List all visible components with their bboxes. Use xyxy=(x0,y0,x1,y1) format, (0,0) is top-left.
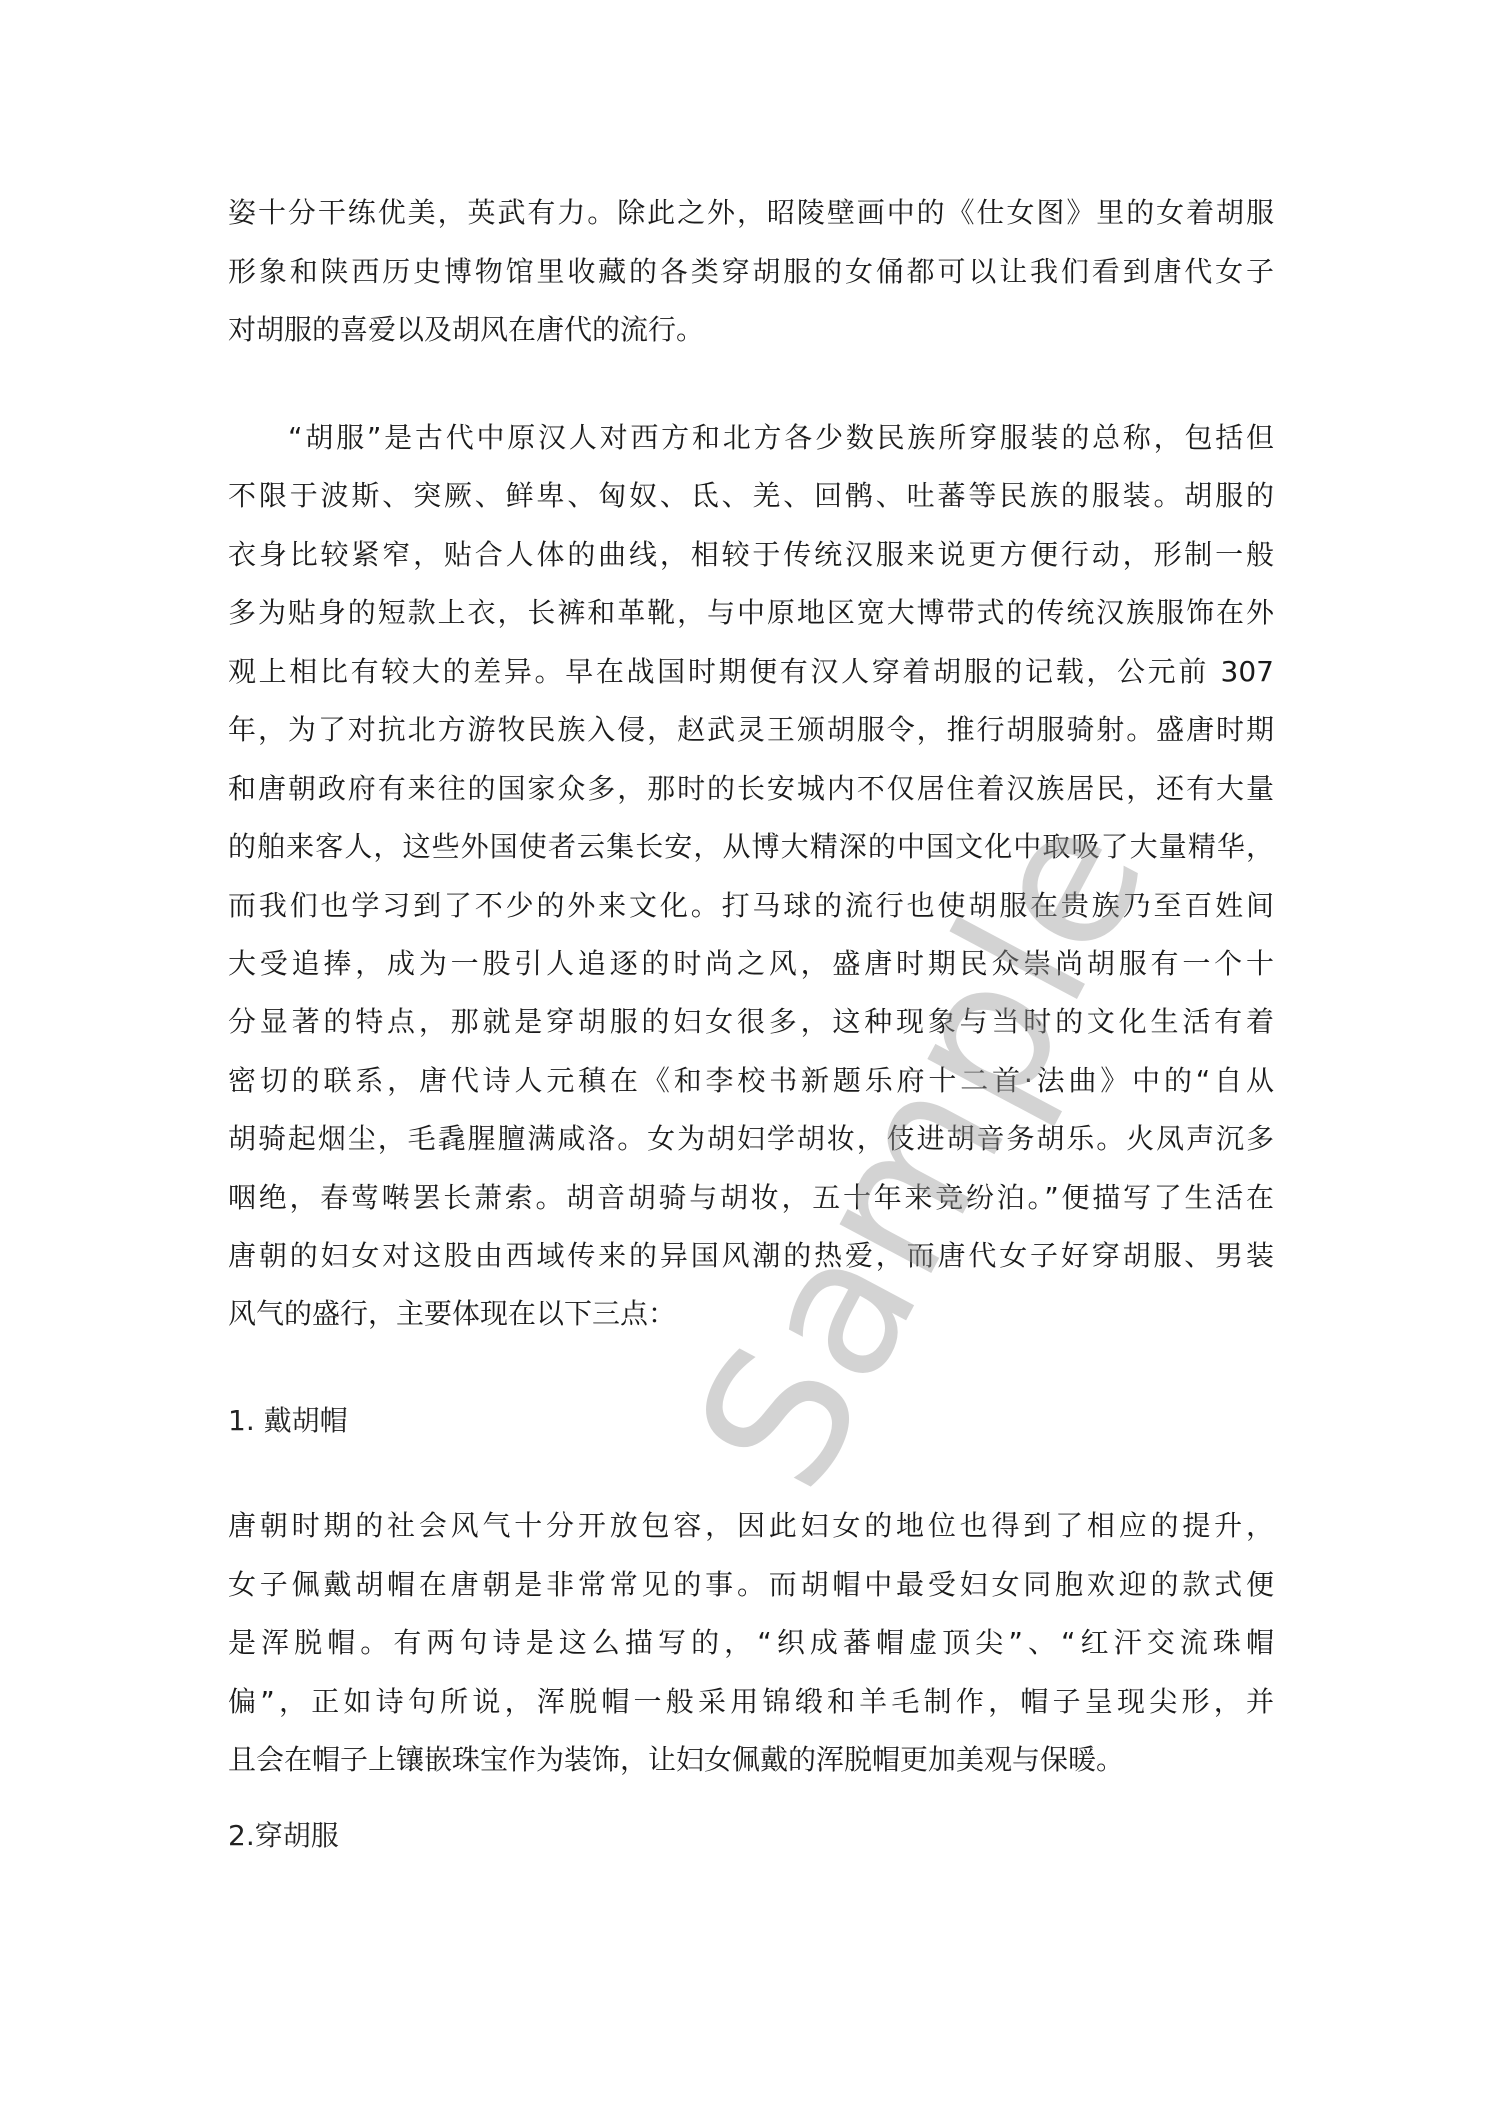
text-line: 的舶来客人，这些外国使者云集长安，从博大精深的中国文化中取吸了大量精华， xyxy=(228,827,1274,867)
text-line: 和唐朝政府有来往的国家众多，那时的长安城内不仅居住着汉族居民，还有大量 xyxy=(228,769,1274,809)
text-line: 咽绝，春莺啭罢长萧索。胡音胡骑与胡妆，五十年来竞纷泊。”便描写了生活在 xyxy=(228,1178,1274,1218)
text-line: 姿十分干练优美，英武有力。除此之外，昭陵壁画中的《仕女图》里的女着胡服 xyxy=(228,193,1274,233)
text-line: 女子佩戴胡帽在唐朝是非常常见的事。而胡帽中最受妇女同胞欢迎的款式便 xyxy=(228,1565,1274,1605)
section-heading-2: 2.穿胡服 xyxy=(228,1816,339,1856)
text-line: 唐朝时期的社会风气十分开放包容，因此妇女的地位也得到了相应的提升， xyxy=(228,1506,1274,1546)
section-heading-1: 1. 戴胡帽 xyxy=(228,1401,348,1441)
text-line: 年，为了对抗北方游牧民族入侵，赵武灵王颁胡服令，推行胡服骑射。盛唐时期 xyxy=(228,710,1274,750)
text-line: 大受追捧，成为一股引人追逐的时尚之风，盛唐时期民众崇尚胡服有一个十 xyxy=(228,944,1274,984)
text-line: 对胡服的喜爱以及胡风在唐代的流行。 xyxy=(228,310,1274,350)
text-line: 是浑脱帽。有两句诗是这么描写的，“织成蕃帽虚顶尖”、“红汗交流珠帽 xyxy=(228,1623,1274,1663)
text-line: “胡服”是古代中原汉人对西方和北方各少数民族所穿服装的总称，包括但 xyxy=(288,418,1274,458)
text-line: 且会在帽子上镶嵌珠宝作为装饰，让妇女佩戴的浑脱帽更加美观与保暖。 xyxy=(228,1740,1274,1780)
document-page: 姿十分干练优美，英武有力。除此之外，昭陵壁画中的《仕女图》里的女着胡服 形象和陕… xyxy=(0,0,1500,2120)
text-line: 而我们也学习到了不少的外来文化。打马球的流行也使胡服在贵族乃至百姓间 xyxy=(228,886,1274,926)
text-line: 唐朝的妇女对这股由西域传来的异国风潮的热爱，而唐代女子好穿胡服、男装 xyxy=(228,1236,1274,1276)
text-line: 风气的盛行，主要体现在以下三点： xyxy=(228,1294,1274,1334)
text-line: 衣身比较紧窄，贴合人体的曲线，相较于传统汉服来说更方便行动，形制一般 xyxy=(228,535,1274,575)
text-line: 密切的联系，唐代诗人元稹在《和李校书新题乐府十二首·法曲》中的“自从 xyxy=(228,1061,1274,1101)
text-line: 多为贴身的短款上衣，长裤和革靴，与中原地区宽大博带式的传统汉族服饰在外 xyxy=(228,593,1274,633)
text-line: 观上相比有较大的差异。早在战国时期便有汉人穿着胡服的记载，公元前 307 xyxy=(228,652,1274,692)
text-line: 偏”，正如诗句所说，浑脱帽一般采用锦缎和羊毛制作，帽子呈现尖形，并 xyxy=(228,1682,1274,1722)
text-line: 胡骑起烟尘，毛毳腥膻满咸洛。女为胡妇学胡妆，伎进胡音务胡乐。火凤声沉多 xyxy=(228,1119,1274,1159)
text-line: 分显著的特点，那就是穿胡服的妇女很多，这种现象与当时的文化生活有着 xyxy=(228,1002,1274,1042)
text-line: 形象和陕西历史博物馆里收藏的各类穿胡服的女俑都可以让我们看到唐代女子 xyxy=(228,252,1274,292)
text-line: 不限于波斯、突厥、鲜卑、匈奴、氐、羌、回鹘、吐蕃等民族的服装。胡服的 xyxy=(228,476,1274,516)
